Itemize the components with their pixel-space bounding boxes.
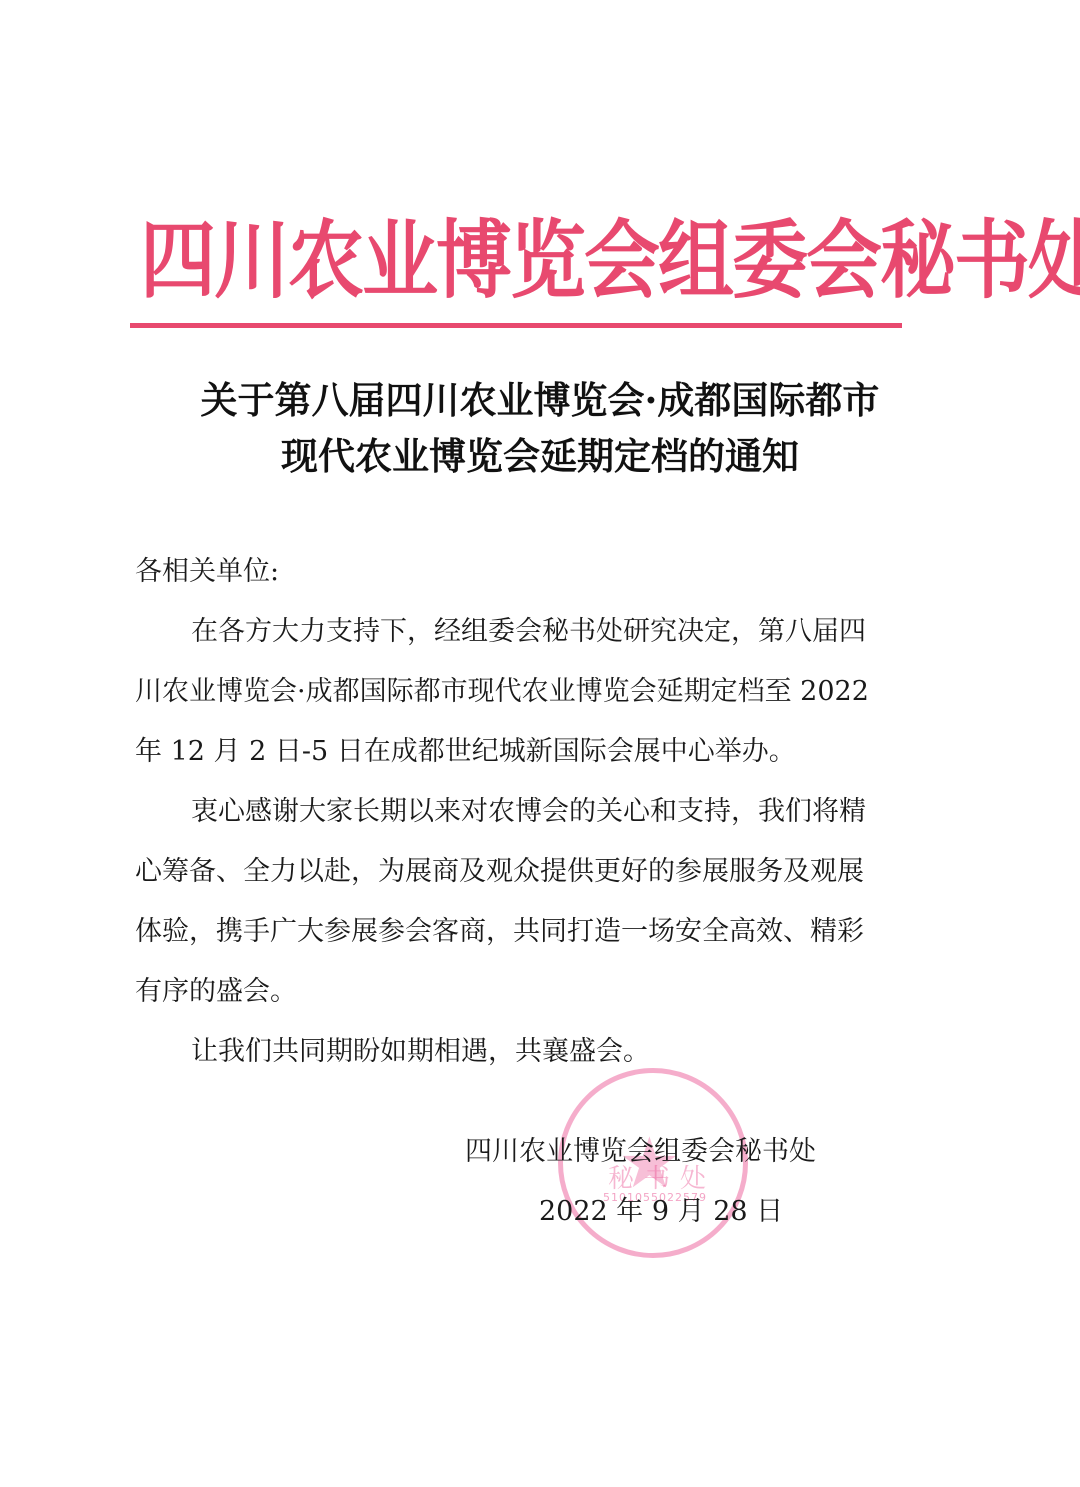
body-line: 川农业博览会·成都国际都市现代农业博览会延期定档至 2022 <box>135 662 915 722</box>
body-line: 心筹备、全力以赴，为展商及观众提供更好的参展服务及观展 <box>135 842 915 902</box>
body-line: 让我们共同期盼如期相遇，共襄盛会。 <box>135 1022 915 1082</box>
signature-block: 四川农业博览会组委会秘书处 2022 年 9 月 28 日 <box>465 1122 865 1242</box>
salutation: 各相关单位: <box>135 542 915 602</box>
body-line: 衷心感谢大家长期以来对农博会的关心和支持，我们将精 <box>135 782 915 842</box>
title-line-1: 关于第八届四川农业博览会·成都国际都市 <box>110 372 970 428</box>
signature-org: 四川农业博览会组委会秘书处 <box>465 1122 865 1182</box>
body-line: 体验，携手广大参展参会客商，共同打造一场安全高效、精彩 <box>135 902 915 962</box>
signature-date: 2022 年 9 月 28 日 <box>465 1182 865 1242</box>
letterhead-org-name: 四川农业博览会组委会秘书处 <box>140 205 900 317</box>
notice-body: 各相关单位: 在各方大力支持下，经组委会秘书处研究决定，第八届四 川农业博览会·… <box>135 542 915 1082</box>
body-line: 年 12 月 2 日-5 日在成都世纪城新国际会展中心举办。 <box>135 722 915 782</box>
notice-title: 关于第八届四川农业博览会·成都国际都市 现代农业博览会延期定档的通知 <box>110 372 970 484</box>
body-line: 有序的盛会。 <box>135 962 915 1022</box>
title-line-2: 现代农业博览会延期定档的通知 <box>110 428 970 484</box>
letterhead-divider <box>130 323 902 328</box>
body-line: 在各方大力支持下，经组委会秘书处研究决定，第八届四 <box>135 602 915 662</box>
